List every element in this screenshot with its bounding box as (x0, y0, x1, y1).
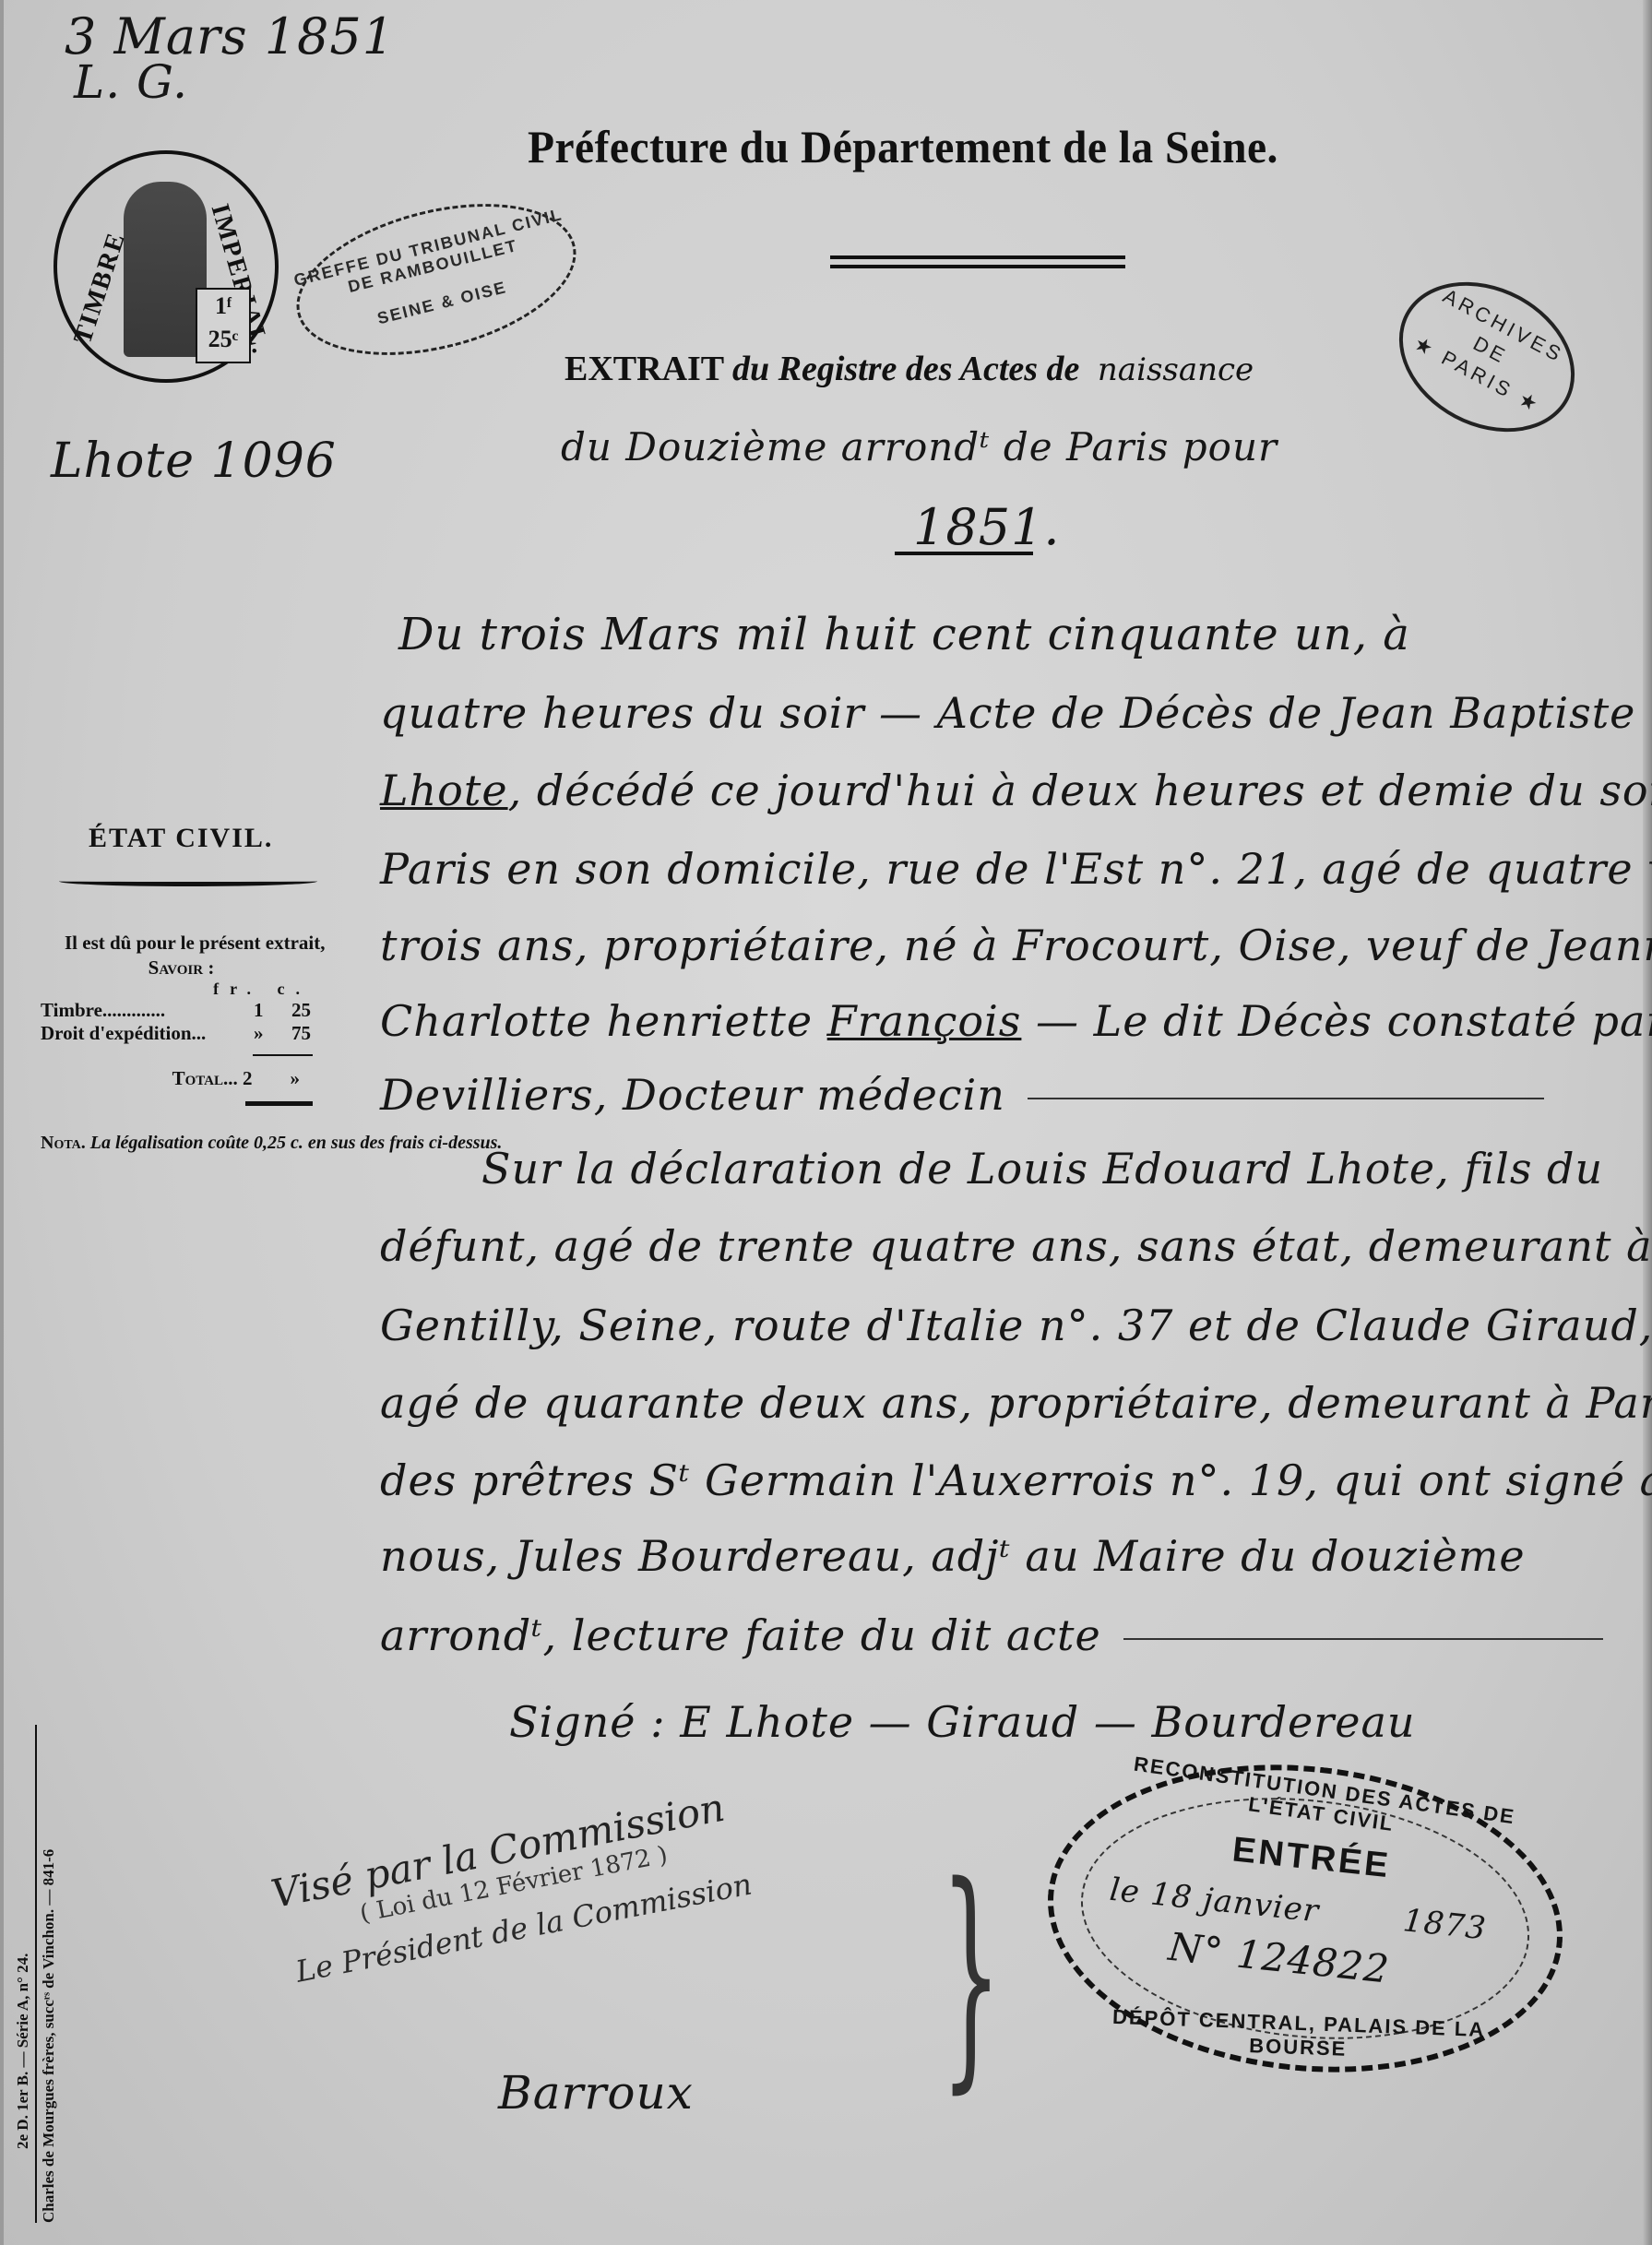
fee-label: Droit d'expédition... (41, 1022, 206, 1045)
justice-figure-icon (124, 182, 207, 357)
prefecture-title: Préfecture du Département de la Seine. (528, 120, 1278, 173)
timbre-value-cents: 25ᶜ (197, 323, 249, 356)
fee-schedule: Il est dû pour le présent extrait, Savoi… (41, 932, 322, 1154)
extrait-word: EXTRAIT (565, 350, 723, 388)
body-line-1: Du trois Mars mil huit cent cinquante un… (398, 609, 1410, 660)
entree-date-prefix: le (1108, 1871, 1142, 1911)
timbre-value-francs: 1ᶠ (197, 290, 249, 323)
commission-visa-stamp: Visé par la Commission ( Loi du 12 Févri… (267, 1782, 755, 1990)
tribunal-stamp: GREFFE DU TRIBUNAL CIVIL DE RAMBOUILLET … (280, 178, 591, 382)
margin-reference: Lhote 1096 (51, 434, 337, 489)
timbre-imperial-stamp: TIMBRE IMPERIAL. 1ᶠ 25ᶜ (53, 150, 279, 383)
act-type-handwritten: naissance (1098, 351, 1254, 388)
page-edge-left (0, 0, 4, 2245)
fee-fr: » (254, 1022, 264, 1045)
archives-de-paris-stamp: ARCHIVES DE ★ PARIS ★ (1373, 253, 1600, 461)
fee-label: Timbre............. (41, 999, 165, 1022)
body-line-7: Devilliers, Docteur médecin (380, 1070, 1544, 1120)
total-label: Total... (172, 1067, 238, 1090)
currency-header-c: c. (278, 980, 312, 998)
spouse-names: Charlotte henriette (380, 996, 827, 1046)
printer-imprint-series: 2e D. 1er B. — Série A, n° 24. (11, 1725, 35, 2223)
printer-imprint: 2e D. 1er B. — Série A, n° 24. Charles d… (11, 1725, 61, 2223)
currency-header-fr: fr. (213, 980, 262, 998)
signatures-line: Signé : E Lhote — Giraud — Bourdereau (509, 1697, 1416, 1747)
body-line-10: Gentilly, Seine, route d'Italie n°. 37 e… (380, 1301, 1652, 1350)
brace-mark: } (941, 1835, 1002, 2114)
etat-civil-title: ÉTAT CIVIL. (89, 823, 273, 854)
register-line: du Douzième arrondᵗ de Paris pour (561, 424, 1278, 469)
fee-fr: 1 (254, 999, 264, 1022)
fee-savoir: Savoir : (41, 956, 322, 980)
fee-c: 25 (291, 999, 311, 1022)
fee-row-timbre: Timbre............. 125 (41, 999, 322, 1022)
deceased-surname: Lhote (380, 766, 508, 815)
line-filler (1028, 1098, 1544, 1099)
body-line-8: Sur la déclaration de Louis Edouard Lhot… (481, 1144, 1603, 1194)
body-line-6: Charlotte henriette François — Le dit Dé… (380, 996, 1652, 1046)
sum-rule (253, 1054, 313, 1056)
body-line-9: défunt, agé de trente quatre ans, sans é… (380, 1221, 1652, 1271)
top-initials-note: L. G. (74, 55, 188, 109)
header-double-rule (830, 255, 1125, 268)
extrait-heading: EXTRAIT du Registre des Actes de naissan… (565, 349, 1254, 389)
year-underline (895, 552, 1033, 555)
total-rule (245, 1101, 313, 1106)
fee-row-droit: Droit d'expédition... »75 (41, 1022, 322, 1045)
total-c: » (291, 1067, 301, 1090)
closing-line: arrondᵗ, lecture faite du dit acte (380, 1610, 1101, 1660)
entree-stamp: RECONSTITUTION DES ACTES DE L'ÉTAT CIVIL… (1032, 1740, 1577, 2097)
body-line-3-rest: , décédé ce jourd'hui à deux heures et d… (508, 766, 1652, 815)
body-line-11: agé de quarante deux ans, propriétaire, … (380, 1378, 1652, 1428)
register-year: 1851. (913, 498, 1061, 556)
body-line-14: arrondᵗ, lecture faite du dit acte (380, 1610, 1603, 1660)
doctor-line: Devilliers, Docteur médecin (380, 1070, 1005, 1120)
nota-label: Nota. (41, 1133, 86, 1153)
body-line-12: des prêtres Sᵗ Germain l'Auxerrois n°. 1… (380, 1455, 1652, 1505)
body-line-2: quatre heures du soir — Acte de Décès de… (380, 688, 1635, 738)
spouse-surname: François (827, 996, 1022, 1046)
nota: Nota. La légalisation coûte 0,25 c. en s… (41, 1132, 322, 1154)
body-line-5: trois ans, propriétaire, né à Frocourt, … (380, 921, 1652, 970)
nota-text: La légalisation coûte 0,25 c. en sus des… (90, 1133, 503, 1153)
body-line-3: Lhote, décédé ce jourd'hui à deux heures… (380, 766, 1652, 815)
total-fr: 2 (243, 1067, 253, 1090)
printer-imprint-printer: Charles de Mourgues frères, succʳˢ de Vi… (35, 1725, 61, 2223)
line-filler (1123, 1638, 1603, 1640)
entree-number-prefix: N° (1166, 1924, 1226, 1975)
visa-signature: Barroux (498, 2066, 694, 2120)
body-line-13: nous, Jules Bourdereau, adjᵗ au Maire du… (380, 1531, 1526, 1581)
body-line-6-rest: — Le dit Décès constaté par Mʳ (1021, 996, 1652, 1046)
body-line-4: Paris en son domicile, rue de l'Est n°. … (380, 844, 1652, 894)
timbre-value: 1ᶠ 25ᶜ (196, 288, 251, 363)
fee-total-row: Total... 2» (41, 1067, 322, 1090)
currency-headers: fr. c. (41, 980, 322, 999)
fee-intro: Il est dû pour le présent extrait, (41, 932, 322, 955)
extrait-rest: du Registre des Actes de (732, 350, 1079, 388)
document-page: 3 Mars 1851 L. G. TIMBRE IMPERIAL. 1ᶠ 25… (0, 0, 1652, 2245)
page-edge-right (1643, 0, 1652, 2245)
etat-civil-rule (59, 876, 317, 886)
timbre-left-text: TIMBRE (68, 229, 132, 348)
fee-c: 75 (291, 1022, 311, 1045)
